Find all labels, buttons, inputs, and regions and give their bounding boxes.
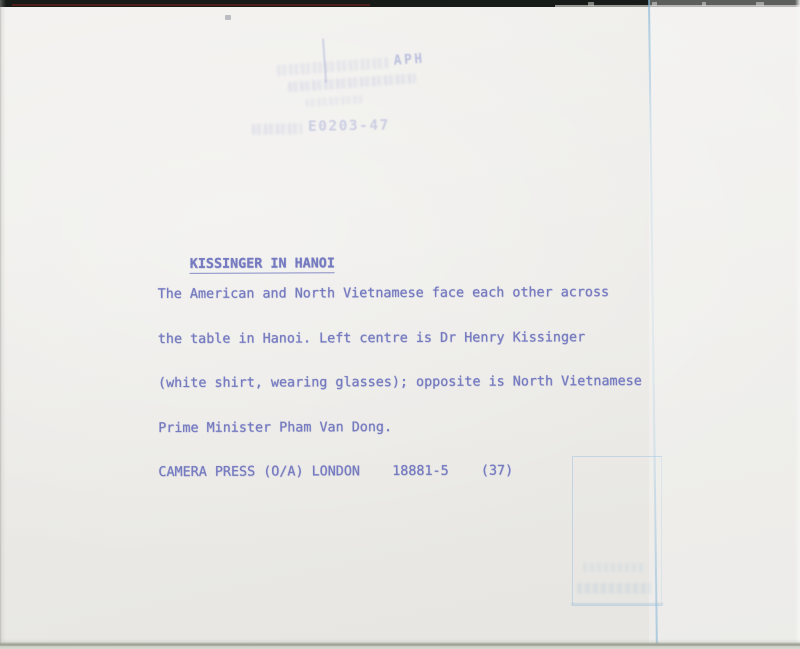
caption-title: KISSINGER IN HANOI <box>190 257 335 273</box>
dust-speck <box>225 15 231 20</box>
stamp-smudge <box>305 95 363 107</box>
photo-left-edge <box>0 0 6 649</box>
top-edge-gap <box>588 2 594 6</box>
agency-stamp: APH <box>276 44 450 116</box>
stamp-smudge <box>288 73 416 92</box>
credit-line: CAMERA PRESS (O/A) LONDON 18881-5 (37) <box>158 464 642 481</box>
stamp-smudge <box>583 563 645 572</box>
right-sheet-tint <box>649 0 800 649</box>
stamp-smudge <box>577 583 651 594</box>
caption-line: (white shirt, wearing glasses); opposite… <box>158 375 642 392</box>
reference-number-stamp: E0203-47 <box>252 116 472 142</box>
stamp-smudge <box>277 57 389 76</box>
caption-line: The American and North Vietnamese face e… <box>158 286 642 303</box>
stamp-smudge <box>571 603 663 605</box>
caption-block: KISSINGER IN HANOI The American and Nort… <box>157 241 642 510</box>
photo-bottom-edge <box>0 639 800 649</box>
agency-stamp-fragment: APH <box>393 52 425 69</box>
press-photo-back: APH E0203-47 KISSINGER IN HANOI The Amer… <box>0 0 800 649</box>
caption-line: Prime Minister Pham Van Dong. <box>158 420 642 437</box>
photo-top-edge-maroon-line <box>12 4 370 6</box>
processing-rectangle-stamp <box>572 456 662 606</box>
caption-line: the table in Hanoi. Left centre is Dr He… <box>158 331 642 348</box>
reference-number-text: E0203-47 <box>308 118 390 135</box>
stamp-smudge <box>252 123 302 135</box>
